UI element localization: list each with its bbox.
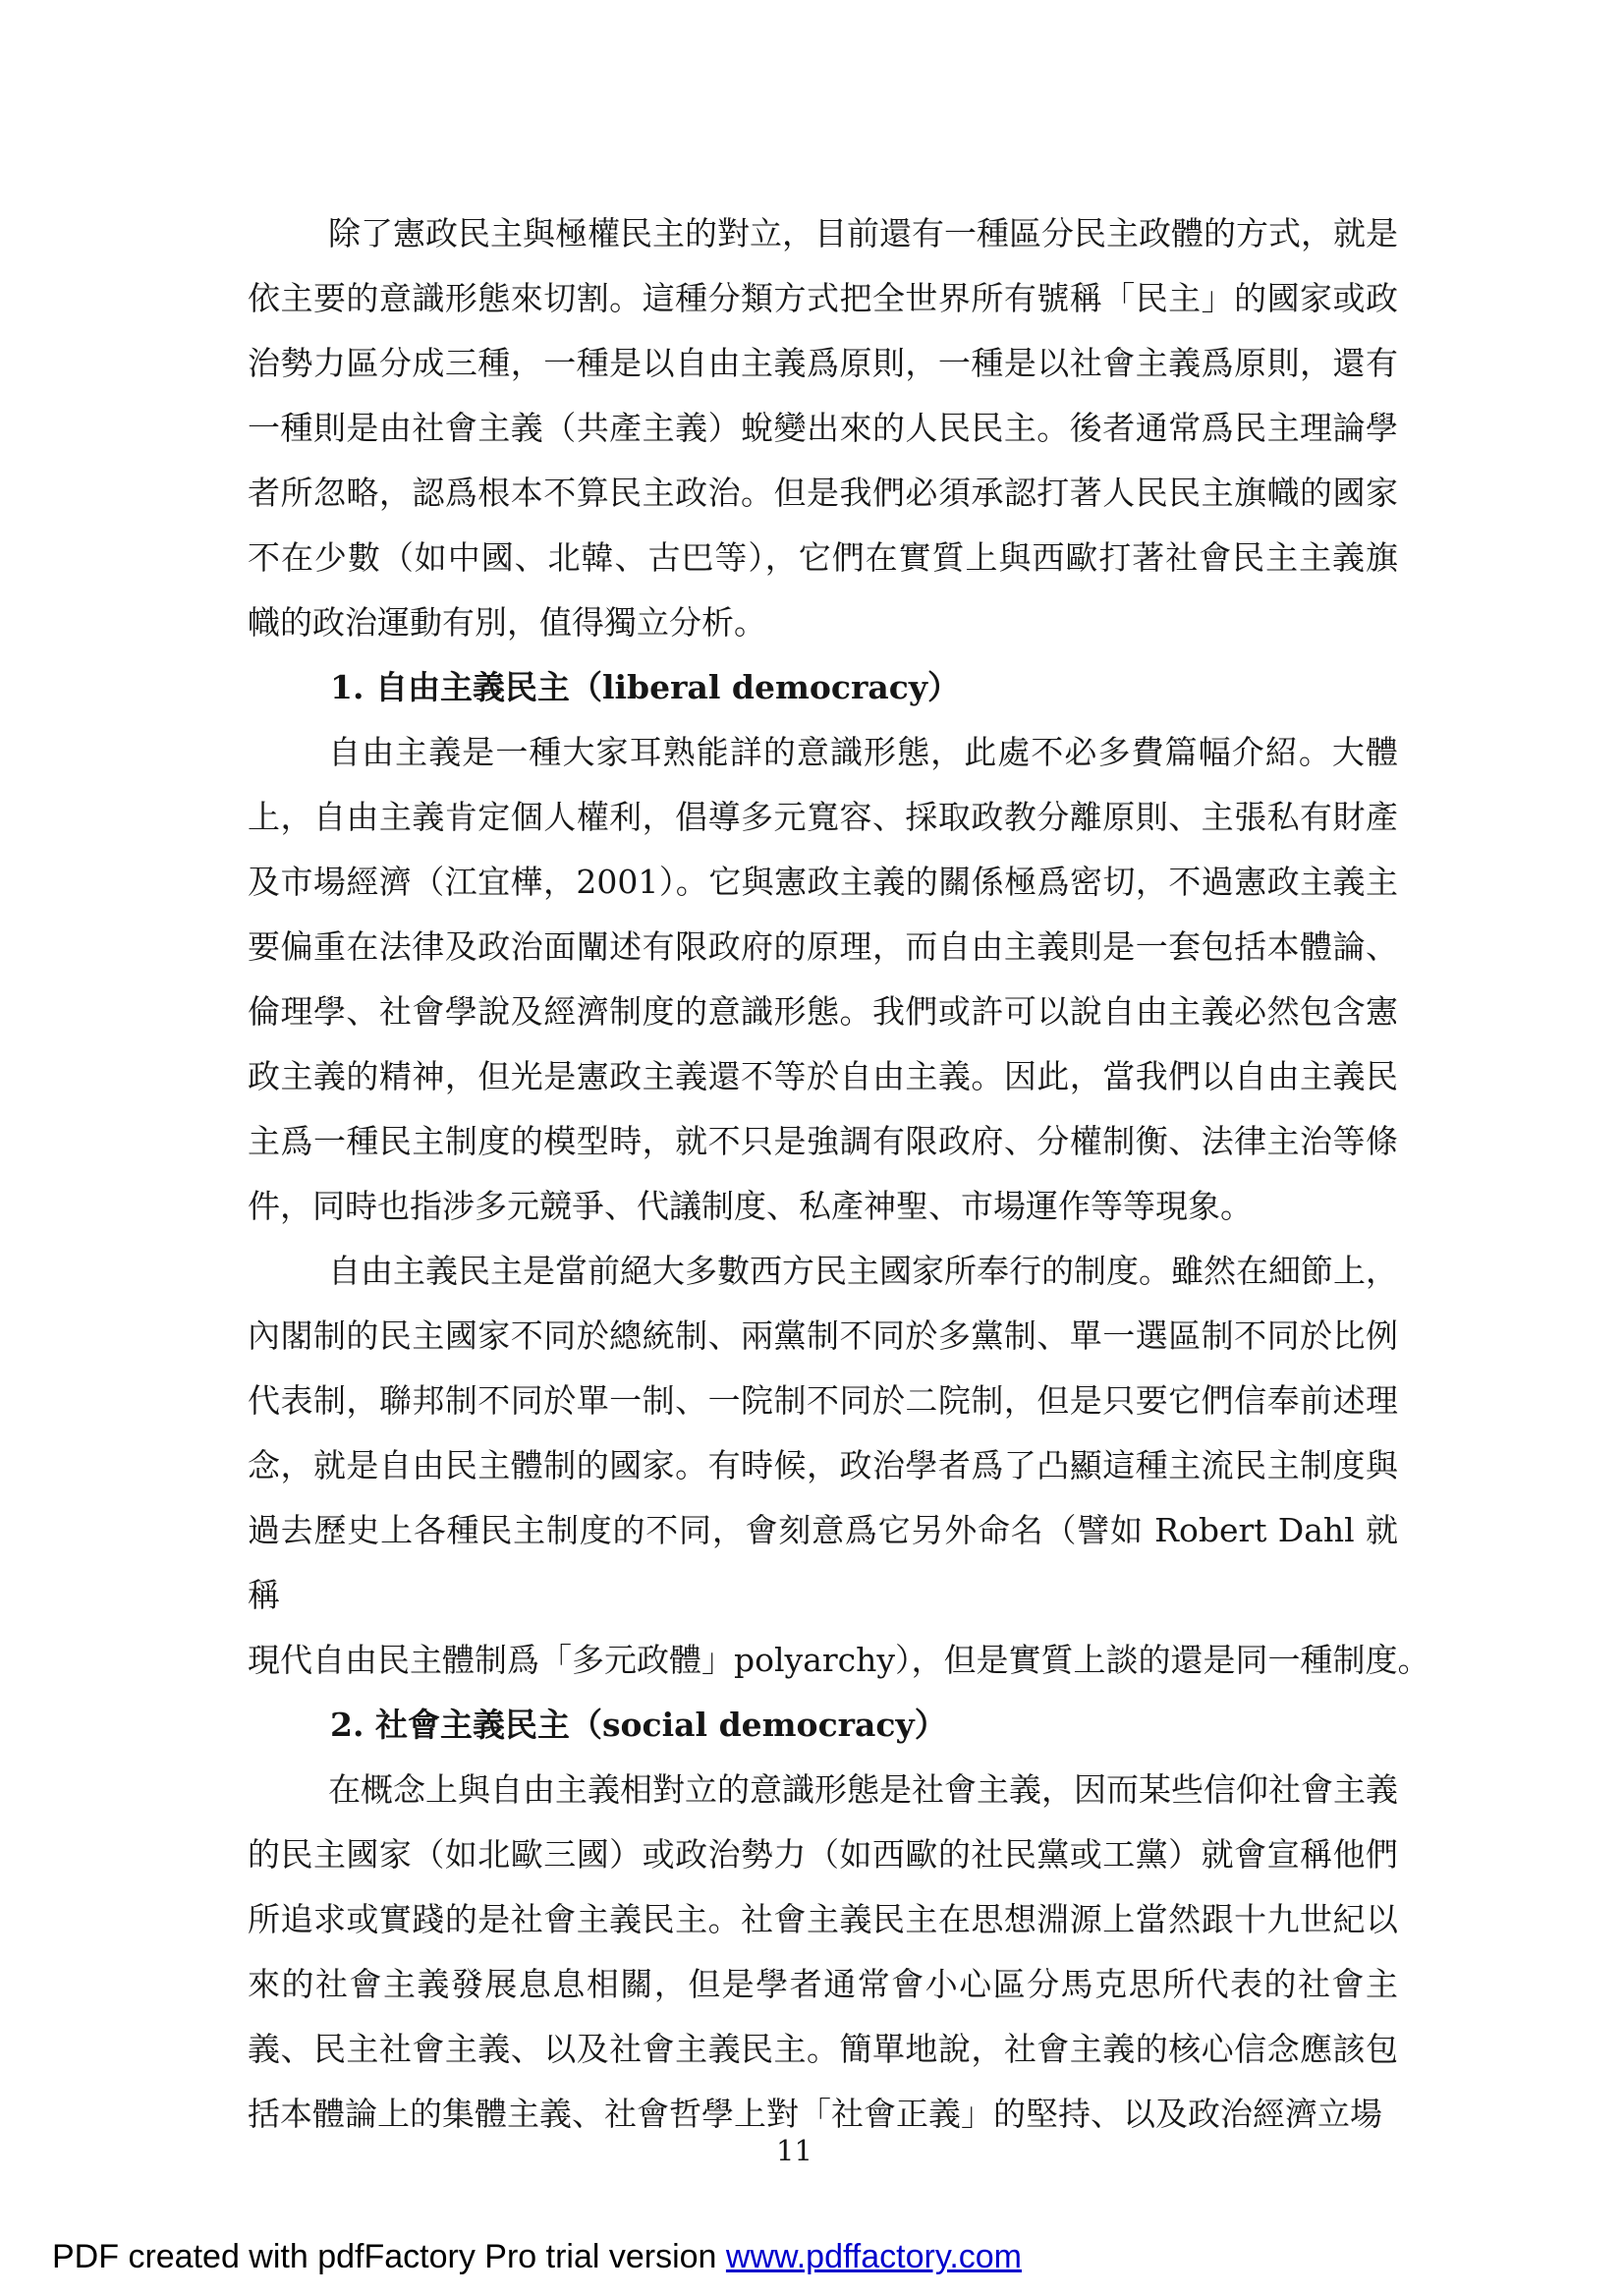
text-line: 及市場經濟（江宜樺，2001）。它與憲政主義的關係極爲密切，不過憲政主義主 bbox=[248, 850, 1398, 915]
text-line: 上，自由主義肯定個人權利，倡導多元寬容、採取政教分離原則、主張私有財產 bbox=[248, 785, 1398, 850]
document-page: 除了憲政民主與極權民主的對立，目前還有一種區分民主政體的方式，就是依主要的意識形… bbox=[0, 0, 1624, 2296]
text-line: 念，就是自由民主體制的國家。有時候，政治學者爲了凸顯這種主流民主制度與 bbox=[248, 1433, 1398, 1498]
text-line: 幟的政治運動有別，值得獨立分析。 bbox=[248, 590, 1398, 655]
text-line: 自由主義是一種大家耳熟能詳的意識形態，此處不必多費篇幅介紹。大體 bbox=[248, 720, 1398, 785]
text-line: 倫理學、社會學說及經濟制度的意識形態。我們或許可以說自由主義必然包含憲 bbox=[248, 980, 1398, 1044]
text-line: 過去歷史上各種民主制度的不同，會刻意爲它另外命名（譬如 Robert Dahl … bbox=[248, 1498, 1398, 1628]
section-heading: 1. 自由主義民主（liberal democracy） bbox=[248, 655, 1398, 720]
text-line: 代表制，聯邦制不同於單一制、一院制不同於二院制，但是只要它們信奉前述理 bbox=[248, 1369, 1398, 1433]
section-heading: 2. 社會主義民主（social democracy） bbox=[248, 1693, 1398, 1758]
text-line: 括本體論上的集體主義、社會哲學上對「社會正義」的堅持、以及政治經濟立場 bbox=[248, 2082, 1398, 2147]
text-line: 來的社會主義發展息息相關，但是學者通常會小心區分馬克思所代表的社會主 bbox=[248, 1952, 1398, 2017]
text-line: 現代自由民主體制爲「多元政體」polyarchy），但是實質上談的還是同一種制度… bbox=[248, 1628, 1398, 1693]
text-line: 政主義的精神，但光是憲政主義還不等於自由主義。因此，當我們以自由主義民 bbox=[248, 1044, 1398, 1109]
text-line: 主爲一種民主制度的模型時，就不只是強調有限政府、分權制衡、法律主治等條 bbox=[248, 1109, 1398, 1174]
page-number: 11 bbox=[776, 2134, 812, 2167]
paragraph: 在概念上與自由主義相對立的意識形態是社會主義，因而某些信仰社會主義的民主國家（如… bbox=[248, 1758, 1398, 2147]
watermark-link[interactable]: www.pdffactory.com bbox=[726, 2238, 1022, 2275]
page-body: 除了憲政民主與極權民主的對立，目前還有一種區分民主政體的方式，就是依主要的意識形… bbox=[248, 201, 1398, 2147]
text-line: 義、民主社會主義、以及社會主義民主。簡單地說，社會主義的核心信念應該包 bbox=[248, 2017, 1398, 2082]
paragraph: 除了憲政民主與極權民主的對立，目前還有一種區分民主政體的方式，就是依主要的意識形… bbox=[248, 201, 1398, 655]
watermark-text: PDF created with pdfFactory Pro trial ve… bbox=[52, 2238, 726, 2275]
text-line: 的民主國家（如北歐三國）或政治勢力（如西歐的社民黨或工黨）就會宣稱他們 bbox=[248, 1822, 1398, 1887]
text-line: 不在少數（如中國、北韓、古巴等），它們在實質上與西歐打著社會民主主義旗 bbox=[248, 526, 1398, 590]
text-line: 自由主義民主是當前絕大多數西方民主國家所奉行的制度。雖然在細節上， bbox=[248, 1239, 1398, 1304]
pdf-watermark: PDF created with pdfFactory Pro trial ve… bbox=[52, 2236, 1022, 2277]
text-line: 所追求或實踐的是社會主義民主。社會主義民主在思想淵源上當然跟十九世紀以 bbox=[248, 1887, 1398, 1952]
text-line: 一種則是由社會主義（共產主義）蛻變出來的人民民主。後者通常爲民主理論學 bbox=[248, 396, 1398, 461]
text-line: 件，同時也指涉多元競爭、代議制度、私產神聖、市場運作等等現象。 bbox=[248, 1174, 1398, 1239]
text-line: 在概念上與自由主義相對立的意識形態是社會主義，因而某些信仰社會主義 bbox=[248, 1758, 1398, 1822]
paragraph: 自由主義是一種大家耳熟能詳的意識形態，此處不必多費篇幅介紹。大體上，自由主義肯定… bbox=[248, 720, 1398, 1239]
text-line: 除了憲政民主與極權民主的對立，目前還有一種區分民主政體的方式，就是 bbox=[248, 201, 1398, 266]
text-line: 治勢力區分成三種，一種是以自由主義爲原則，一種是以社會主義爲原則，還有 bbox=[248, 331, 1398, 396]
text-line: 者所忽略，認爲根本不算民主政治。但是我們必須承認打著人民民主旗幟的國家 bbox=[248, 461, 1398, 526]
text-line: 依主要的意識形態來切割。這種分類方式把全世界所有號稱「民主」的國家或政 bbox=[248, 266, 1398, 331]
text-line: 內閣制的民主國家不同於總統制、兩黨制不同於多黨制、單一選區制不同於比例 bbox=[248, 1304, 1398, 1369]
paragraph: 自由主義民主是當前絕大多數西方民主國家所奉行的制度。雖然在細節上，內閣制的民主國… bbox=[248, 1239, 1398, 1693]
text-line: 要偏重在法律及政治面闡述有限政府的原理，而自由主義則是一套包括本體論、 bbox=[248, 915, 1398, 980]
